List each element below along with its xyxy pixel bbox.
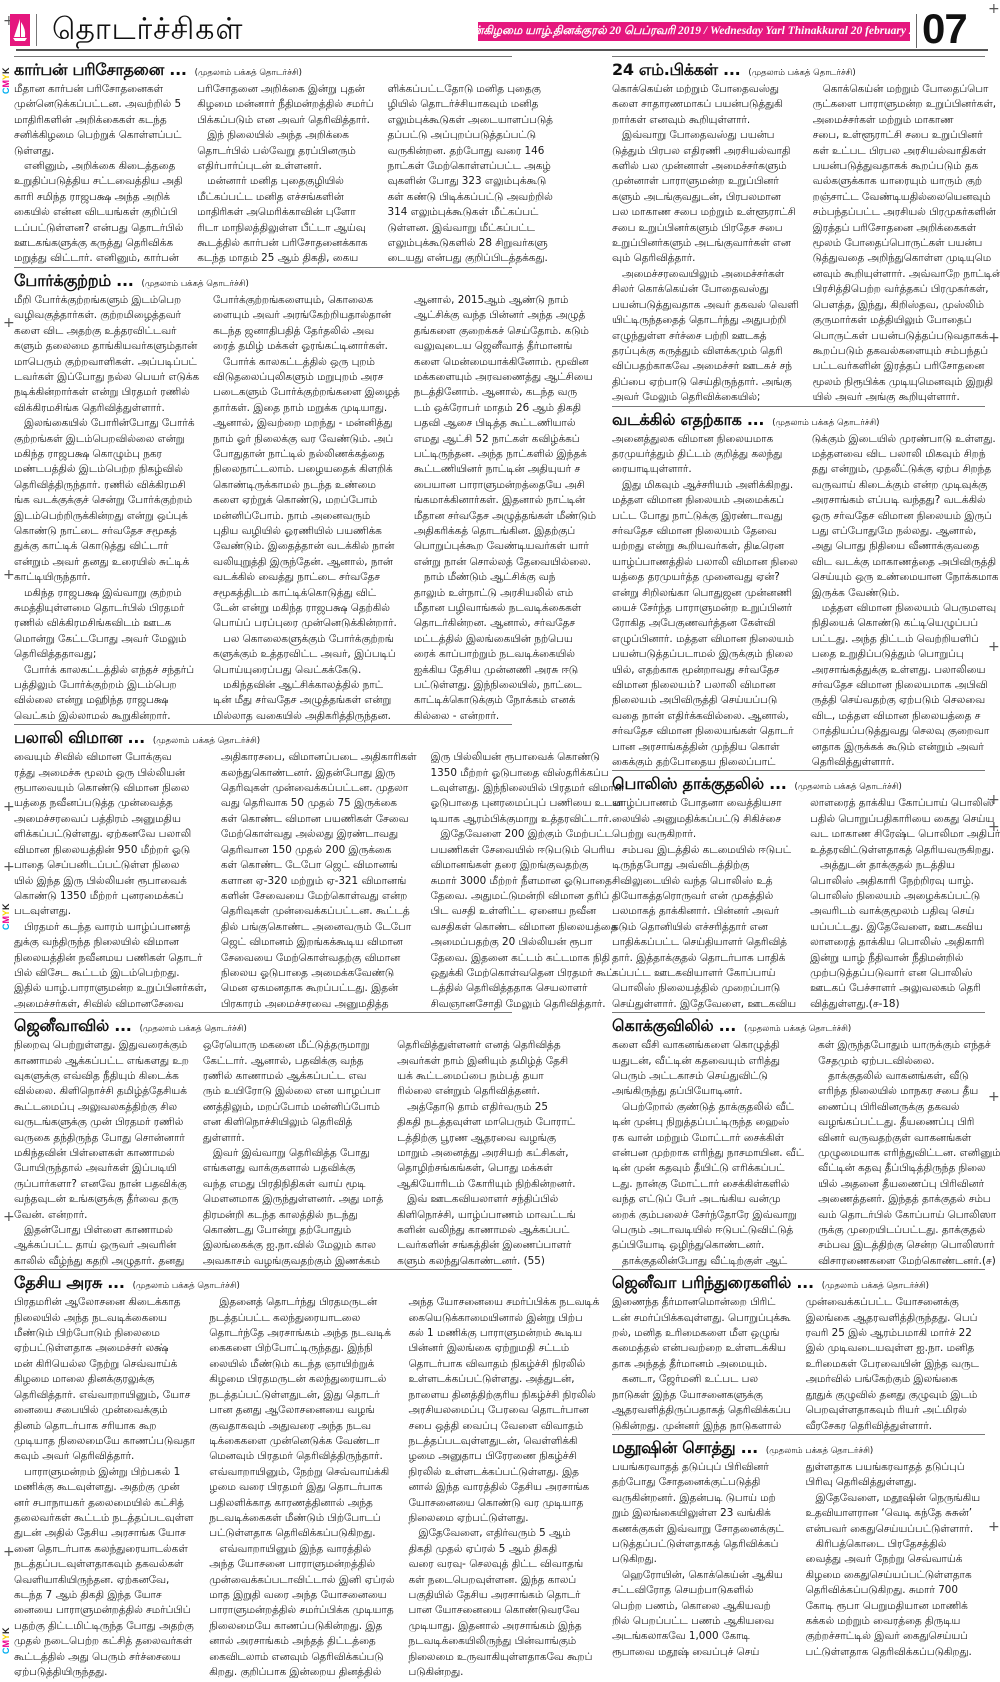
text-line: அமைச்சர்கள், சிவில் விமானசேவை xyxy=(14,997,207,1012)
text-line: மீதான பழிவாங்கல் நடவடிக்கைகள் xyxy=(414,601,596,616)
text-line: சம்பந்தப்பட்ட அரசியல் பிரமுகர்களின் xyxy=(813,205,1000,220)
text-line: ஒரு சர்வதேச விமான நிலையம் இருப் xyxy=(812,509,999,524)
text-line: றஞ்சாட்ட வேண்டியதில்லையெனவும் xyxy=(813,190,1000,205)
text-line: கள் கண்டு பிடிக்கப்பட்டு அவற்றில் xyxy=(387,190,552,205)
text-line: அது பொது நிதியை வீணாக்குவதை xyxy=(812,539,999,554)
text-line: பையான பாராளுமன்றத்தையே அசி xyxy=(414,478,596,493)
text-line: சிவஞானசோதி மேலும் தெரிவித்தார். xyxy=(431,997,624,1012)
text-line: கனடா, ஜேர்மனி உட்பட பல xyxy=(612,1372,792,1387)
text-line: கூட்டணியினர் நாட்டின் அதியுயர் ச xyxy=(414,462,596,477)
article-columns: மீறி போர்க்குற்றங்களும் இடம்பெறவழிவகுத்த… xyxy=(14,293,512,724)
text-line: மாபெரும் குற்றவாளிகள். அப்படிப்பட் xyxy=(14,355,199,370)
text-line: ருப்பார்களா? எனவே நான் பதவிக்கு xyxy=(14,1177,189,1192)
text-line: தார். இத்தாக்குதல் தொடர்பாக பாதிக் xyxy=(612,951,796,966)
text-line: தப்பட்டு அப்புறப்படுத்தப்பட்டு xyxy=(387,128,552,143)
text-line: டிருந்தபோது அவ்விடத்திற்கு xyxy=(612,858,796,873)
text-line: பிக்கப்படும் என அவர் தெரிவித்தார். xyxy=(197,113,373,128)
text-line: மீண்டும் பிற்போடும் நிலைமை xyxy=(14,1326,195,1341)
text-line: யற்றது என்று கூறியவர்கள், திடீரென xyxy=(612,539,798,554)
text-line: தரப்புக்கு கருத்தும் விளக்கமும் தெரி xyxy=(612,344,799,359)
continued-label: (முதலாம் பக்கத் தொடர்ச்சி) xyxy=(142,279,249,290)
text-line: வட மாகாண சிரேஷ்ட பொலிமா அதிபர் xyxy=(810,827,1000,842)
text-line: தற்போது சோதனைக்குட்படுத்தி xyxy=(612,1475,792,1490)
text-line: மன்னிப்போம். நாம் அனைவரும் xyxy=(213,509,400,524)
text-line: களான ஏ-320 மற்றும் ஏ-321 விமானங் xyxy=(221,874,417,889)
continued-label: (முதலாம் பக்கத் தொடர்ச்சி) xyxy=(195,68,302,79)
text-line: டன் சமர்ப்பிக்கவுள்ளது. பொறுப்புக்கூ xyxy=(612,1311,792,1326)
text-line: களும் அடங்குவதுடன், பிரபலமான xyxy=(612,190,799,205)
date-banner: புதன்கிழமை யாழ்.தினக்குரல் 20 பெப்ரவரி 2… xyxy=(478,22,910,41)
text-line: படுகின்றது. xyxy=(408,1665,599,1680)
headline-text: ஜெனீவாவில் ... xyxy=(14,1016,132,1037)
text-line: யாழ்ப்பாணம் போதனா வைத்தியசா xyxy=(612,796,796,811)
text-line: உறுப்பினர்களும் அடங்குவார்கள் என xyxy=(612,236,799,251)
text-line: வெட்கம் இல்லாமல் கூறுகின்றார். xyxy=(14,709,199,724)
text-line: ணத்திலும், மறப்போம் மன்னிப்போம் xyxy=(203,1100,383,1115)
text-line: டத்திற்கு பூரண ஆதரவை வழங்கு xyxy=(397,1131,576,1146)
text-line: சேதமும் ஏற்படவில்லை. xyxy=(818,1054,1000,1069)
text-line: தப்பியோடி ஒழிந்துகொண்டனர். xyxy=(612,1238,804,1253)
text-column: அனைத்துலக விமான நிலையமாகதரமுயர்த்தும் தி… xyxy=(612,432,798,771)
text-column: கொக்கெய்ன் மற்றும் போதைவஸ்துகளை சாதாரணமா… xyxy=(612,82,799,406)
text-line: பாதிக்கப்பட்ட செய்தியாளர் தெரிவித் xyxy=(612,935,796,950)
text-line: பிரதமர் கடந்த வாரம் யாழ்ப்பாணத் xyxy=(14,920,207,935)
text-line: பொய்ப் பரப்புரை முன்னெடுக்கின்றார். xyxy=(213,616,400,631)
article-divider xyxy=(14,267,512,268)
text-line: ரணில் விக்கிரமசிங்கவிடம் ஊடக xyxy=(14,616,199,631)
text-line: பெற்று வருகிறார். xyxy=(612,827,796,842)
text-line: எவ்வாறாயினும் இந்த வாரத்தில் xyxy=(209,1542,394,1557)
text-line: பட்டது. அந்த திட்டம் வெற்றியளிப் xyxy=(812,632,999,647)
text-line: ஆக்கப்பட்ட தாய் ஒருவர் அவரின் xyxy=(14,1238,189,1253)
text-column: ஒரேயொரு மகனை மீட்டுத்தருமாறுகேட்டார். ஆன… xyxy=(203,1038,383,1269)
text-line: ரோகித அபேகுணவர்த்தன கேள்வி xyxy=(612,616,798,631)
text-line: தாக்குதலில் வாகனங்கள், வீடு xyxy=(818,1069,1000,1084)
text-column: அந்த யோசனையை சமர்ப்பிக்க நடவடிக்கையெடுக்… xyxy=(408,1295,599,1680)
headline-text: பொலிஸ் தாக்குதலில் ... xyxy=(612,774,787,795)
text-line: வெளியாகியிருந்தன. ஏற்கனவே, xyxy=(14,1573,195,1588)
text-line: கல் 1 மணிக்கு பாராளுமன்றம் கூடிய xyxy=(408,1326,599,1341)
text-line: சிலர் கொக்கெய்ன் போதைவஸ்து xyxy=(612,282,799,297)
registration-mark-icon: + xyxy=(988,1520,1000,1534)
text-line: யதுடன், வீட்டின் கதவையும் எரித்து xyxy=(612,1054,804,1069)
text-line: டேன் என்று மகிந்த ராஜபக்ஷ தெற்கில் xyxy=(213,601,400,616)
text-line: களில் பல முன்னாள் அமைச்சர்களும் xyxy=(612,159,799,174)
text-line: கொண்டிருக்காமல் நடந்த உண்மை xyxy=(213,478,400,493)
text-line: கவும் அவர் தெரிவித்தார். xyxy=(14,1449,195,1464)
text-line: றல், மனித உரிமைகளை மீள ஒழுங் xyxy=(612,1326,792,1341)
article-divider xyxy=(612,1012,985,1013)
text-line: னையை பாராளுமன்றத்தில் சமர்ப்பிப் xyxy=(14,1603,195,1618)
text-line: பதை உறுதிப்படுத்தும் பொறுப்பு xyxy=(812,647,999,662)
text-line: எதிர்பார்ப்புடன் உள்ளனர். xyxy=(197,159,373,174)
text-line: இதன்போது பிள்ளை காணாமல் xyxy=(14,1223,189,1238)
text-line: ரூபாவை மதூஷ் வைப்புச் செய் xyxy=(612,1645,792,1660)
text-line: லையில் மீண்டும் கடந்த ஞாயிற்றுக் xyxy=(209,1357,394,1372)
text-line: துக்கு காட்டிக் கொடுத்து விட்டார் xyxy=(14,539,199,554)
text-line: குருமார்கள் மத்தியிலும் போதைப் xyxy=(813,313,1000,328)
text-line: சபை உறுப்பினர்களும் பிரதேச சபை xyxy=(612,221,799,236)
text-line: ஒரேயொரு மகனை மீட்டுத்தருமாறு xyxy=(203,1038,383,1053)
text-line: அவர் மேலும் தெரிவிக்கையில்; xyxy=(612,390,799,405)
text-line: ஏற்பட்டுள்ளதாக அமைச்சர் லக்ஷ் xyxy=(14,1341,195,1356)
text-line: ரிடா மாநிலத்திலுள்ள பீட்டா ஆய்வு xyxy=(197,221,373,236)
text-line: சுமத்தியுள்ளமை தொடர்பில் பிரதமர் xyxy=(14,601,199,616)
text-line: வீட்டின் கதவு தீப்பிடித்திருந்த நிலை xyxy=(818,1161,1000,1176)
article: வடக்கில் எதற்காக ...(முதலாம் பக்கத் தொடர… xyxy=(612,406,985,771)
text-line: தெரிவித்துள்ளார். xyxy=(812,755,999,770)
text-line: ஆகியோரிடம் கோரியும் நிற்கின்றனர். xyxy=(397,1177,576,1192)
page-number-divider xyxy=(916,14,917,48)
text-line: படுத்தப்பட்டுள்ளதாகத் தெரிவிக்கப் xyxy=(612,1537,792,1552)
continued-label: (முதலாம் பக்கத் தொடர்ச்சி) xyxy=(772,418,879,429)
text-line: னதாக இருக்கக் கூடும் என்றும் அவர் xyxy=(812,740,999,755)
text-line: றார்கள் எனவும் கூறியுள்ளார். xyxy=(612,113,799,128)
text-line: படுகிறது. xyxy=(612,1552,792,1567)
registration-mark-icon: + xyxy=(988,2,1000,16)
continued-label: (முதலாம் பக்கத் தொடர்ச்சி) xyxy=(795,782,902,793)
text-line: வருகின்றன. தற்போது வரை 146 xyxy=(387,144,552,159)
text-line: என்று சிறிலங்கா பொதுஜன முன்னணி xyxy=(612,586,798,601)
text-line: உரிமைகள் பேரவையின் இந்த வருட xyxy=(806,1357,986,1372)
cmyk-color-bar: CMYK xyxy=(2,1612,12,1654)
text-line: முன்வைக்கப்பட்ட யோசனைக்கு xyxy=(806,1295,986,1310)
text-line: கள் கொண்ட டேபோ ஜெட் விமானங் xyxy=(221,858,417,873)
text-line: தது என்றும், முதலீட்டுக்கு ஏற்ப சிறந்த xyxy=(812,462,999,477)
text-line: தங்களை குறைக்கச் செய்தோம். கடும் xyxy=(414,324,596,339)
text-line: ஆனால், இவற்றை மறந்து - மன்னித்து xyxy=(213,416,400,431)
text-column: ளிக்கப்பட்டதோடு மனித புதைகுழியில் தொடர்ச… xyxy=(387,82,552,267)
text-line: வது தெரிவாக 50 முதல் 75 இருக்கை xyxy=(221,796,417,811)
text-line: நிறைவு பெற்றுள்ளது. இதுவரைக்கும் xyxy=(14,1038,189,1053)
text-line: டவர்கள் இப்போது நல்ல பெயர் எடுக்க xyxy=(14,370,199,385)
text-line: மகிந்த ராஜபக்ஷ இவ்வாறு குற்றம் xyxy=(14,586,199,601)
text-line: நடத்தப்பட்ட கலந்துரையாடலை xyxy=(209,1311,394,1326)
article-headline: மதூஷின் சொத்து ...(முதலாம் பக்கத் தொடர்ச… xyxy=(612,1438,985,1460)
text-line: வம் தொடர்பில் கோப்பாய் பொலிஸா xyxy=(818,1208,1000,1223)
text-line: ஏற்படுத்தியிருந்தது. xyxy=(14,1665,195,1680)
text-line: பட்டுள்ளதாக தெரிவிக்கப்படுகிறது. xyxy=(806,1645,986,1660)
text-line: பதவி ஆசை பிடித்த கூட்டணியால் xyxy=(414,416,596,431)
text-line: வந்த எமது பிரதிநிதிகள் வாய் மூடி xyxy=(203,1177,383,1192)
text-line: எனினும், அறிக்கை கிடைத்ததை xyxy=(14,159,183,174)
text-line: டின் முன்பு நிறுத்தப்பட்டிருந்த ஹைஸ் xyxy=(612,1115,804,1130)
article: 24 எம்.பிக்கள் ...(முதலாம் பக்கத் தொடர்ச… xyxy=(612,56,985,406)
text-line: நடத்தப்படவுள்ளதாகவும் தகவல்கள் xyxy=(14,1557,195,1572)
text-line: ளையும் அவர் அரங்கேற்றியதால்தான் xyxy=(213,308,400,323)
text-line: பெரும் அடாவடியில் ஈடுபட்டுவிட்டுத் xyxy=(612,1223,804,1238)
article: கார்பன் பரிசோதனை ...(முதலாம் பக்கத் தொடர… xyxy=(14,56,512,267)
text-line: டம் ஒக்ரோபர் மாதம் 26 ஆம் திகதி xyxy=(414,401,596,416)
text-column: நிறைவு பெற்றுள்ளது. இதுவரைக்கும்காணாமல் … xyxy=(14,1038,189,1269)
text-line: ரைக் காப்பாற்றும் நடவடிக்கையில் xyxy=(414,647,596,662)
text-line: விமானங்கள் தரை இறங்குவதற்கு xyxy=(431,858,624,873)
text-line: கூறப்படும் தகவல்களையும் சம்பந்தப் xyxy=(813,344,1000,359)
text-line: னை தொடர்பாக கலந்துரையாடல்கள் xyxy=(14,1542,195,1557)
text-line: அத்துடன் தாக்குதல் நடத்திய xyxy=(810,858,1000,873)
text-line: பிரசித்திபெற்ற வர்த்தகப் பிரமுகர்கள், xyxy=(813,282,1000,297)
text-line: லாளரைத் தாக்கிய கோப்பாய் பொலிஸ் xyxy=(810,796,1000,811)
continued-label: (முதலாம் பக்கத் தொடர்ச்சி) xyxy=(744,1024,851,1035)
text-line: அரசாங்கத்துக்கு உள்ளது. பலாலியை xyxy=(812,663,999,678)
text-line: பயன்படுத்தப்படாமல் இருக்கும் நிலை xyxy=(612,647,798,662)
text-line: காலில் வீழ்ந்து கதறி அழுதார். தனது xyxy=(14,1254,189,1269)
text-line: டுத்தும் பிரபல எதிரணி அரசியல்வாதி xyxy=(612,144,799,159)
text-line: வில்லை. கிளிநொச்சி தமிழ்த்தேசியக் xyxy=(14,1084,189,1099)
text-line: கிழமை பிரதமருடன் கலந்துரையாடல் xyxy=(209,1372,394,1387)
text-line: மணிக்கு கூடவுள்ளது. அதற்கு முன் xyxy=(14,1480,195,1495)
text-line: ரையாடியுள்ளார். xyxy=(612,462,798,477)
text-line: மென ஏகமனதாக கூறப்பட்டது. இதன் xyxy=(221,981,417,996)
text-line: இது மிகவும் ஆச்சரியம் அளிக்கிறது. xyxy=(612,478,798,493)
text-line: அமர்வில் பங்கேற்கும் இலங்கை xyxy=(806,1372,986,1387)
article: மதூஷின் சொத்து ...(முதலாம் பக்கத் தொடர்ச… xyxy=(612,1434,985,1660)
text-line: வில்லை என்று மஹிந்த ராஜபக்ஷ xyxy=(14,693,199,708)
text-line: தினம் தொடர்பாக சரியாக கூற xyxy=(14,1419,195,1434)
registration-mark-icon: + xyxy=(3,1210,15,1224)
text-column: முன்வைக்கப்பட்ட யோசனைக்குஇலங்கை ஆதரவளித்… xyxy=(806,1295,986,1434)
page-number: 07 xyxy=(922,6,967,52)
text-line: வந்தவுடன் உங்களுக்கு தீர்வை தரு xyxy=(14,1192,189,1207)
text-line: கடந்த ஜனாதிபதித் தேர்தலில் அவ xyxy=(213,324,400,339)
right-column-group: 24 எம்.பிக்கள் ...(முதலாம் பக்கத் தொடர்ச… xyxy=(612,56,985,1660)
text-line: ழியில் தொடர்ச்சியாகவும் மனித xyxy=(387,97,552,112)
text-line: ஹெரோயின், கொக்கெய்ன் ஆகிய xyxy=(612,1568,792,1583)
text-line: கொக்கெய்ன் மற்றும் போதைப்பொ xyxy=(813,82,1000,97)
text-line: பில் விசேட கூட்டம் இடம்பெற்றது. xyxy=(14,966,207,981)
text-line: ரணில் காணாமல் ஆக்கப்பட்ட எவ xyxy=(203,1069,383,1084)
text-line: சபை ஒத்தி வைப்பு வேளை விவாதம் xyxy=(408,1419,599,1434)
text-column: துள்ளதாக பயங்கரவாதத் தடுப்புப்பிரிவு தெர… xyxy=(806,1460,986,1660)
text-line: பட்டுள்ளதாக தெரிவிக்கப்படுகிறது. xyxy=(209,1526,394,1541)
text-line: அந்த யோசனை பாராளுமன்றத்தில் xyxy=(209,1557,394,1572)
text-line: இலங்கை ஆதரவளித்திருந்தது. பெப் xyxy=(806,1311,986,1326)
text-line: லாளரைத் தாக்கிய பொலிஸ் அதிகாரி xyxy=(810,935,1000,950)
text-line: நிலைய ஓடுபாதை அமைக்கவேண்டு xyxy=(221,966,417,981)
text-line: பான தனது ஆலோசனையை வழங் xyxy=(209,1403,394,1418)
text-line: ருத்தி செய்வதற்கு ஏற்படும் செலவை xyxy=(812,693,999,708)
article-headline: ஜெனீவாவில் ...(முதலாம் பக்கத் தொடர்ச்சி) xyxy=(14,1016,512,1038)
text-line: வலுவுடைய ஜெனீவாத் தீர்மானங் xyxy=(414,339,596,354)
text-line: இந் நிலையில் அந்த அறிக்கை xyxy=(197,128,373,143)
text-line: மக்களையும் அரவணைத்து ஆட்சியை xyxy=(414,370,596,385)
text-line: இதனைத் தொடர்ந்து பிரதமருடன் xyxy=(209,1295,394,1310)
article: ஜெனீவாவில் ...(முதலாம் பக்கத் தொடர்ச்சி)… xyxy=(14,1012,512,1269)
text-line: விக்கிரமசிங்க தெரிவித்துள்ளார். xyxy=(14,401,199,416)
text-line: ங்க வடக்குக்குச் சென்று போர்க்குற்றம் xyxy=(14,493,199,508)
text-line: களுக்கும் உத்தரவிட்ட அவர், இப்படிப் xyxy=(213,647,400,662)
text-column: ஆனால், 2015ஆம் ஆண்டு நாம்ஆட்சிக்கு வந்த … xyxy=(414,293,596,724)
text-line: அவர்கள் நாம் இனியும் தமிழ்த் தேசி xyxy=(397,1054,576,1069)
text-line: இதேவேளை 200 இற்கும் மேற்பட்ட xyxy=(431,827,624,842)
text-line: தேவை. அதுமட்டுமன்றி விமான தரிப் xyxy=(431,889,624,904)
text-line: பிரகாரம் அமைச்சரவை அனுமதித்த xyxy=(221,997,417,1012)
text-line: தொடர்கின்றன. ஆனால், சர்வதேச xyxy=(414,616,596,631)
text-line: வேன். என்றார். xyxy=(14,1208,189,1223)
text-line: பதிலளிக்காத காரணத்தினால் அந்த xyxy=(209,1496,394,1511)
continued-label: (முதலாம் பக்கத் தொடர்ச்சி) xyxy=(822,1281,929,1292)
text-line: சர்வதேச விமான நிலையம் தேவை xyxy=(612,524,798,539)
text-line: மகிந்த ராஜபக்ஷ கொழும்பு நகர xyxy=(14,447,199,462)
article-columns: களை வீசி வாகனங்களை கொழுத்தியதுடன், வீட்ட… xyxy=(612,1038,985,1269)
text-line: ஊடகப் பேச்சாளர் அலுவலகம் தெரி xyxy=(810,981,1000,996)
text-line: இதேவேளை, எதிர்வரும் 5 ஆம் xyxy=(408,1526,599,1541)
text-line: கைகளை பிற்போட்டிருந்தது. இந்நி xyxy=(209,1341,394,1356)
text-line: அமைச்சர்கள் மற்றும் மாகாண xyxy=(813,113,1000,128)
text-line: விசாரணைகளை மேற்கொண்டனர்.(ச) xyxy=(818,1254,1000,1269)
text-line: படவுள்ளது. xyxy=(14,904,207,919)
text-line: இவ்வாறு போதைவஸ்து பயன்ப xyxy=(612,128,799,143)
text-line: பொய்யுரைப்பது வெட்கக்கேடு. xyxy=(213,663,400,678)
text-line: தாக்குதலின்போது வீட்டிற்குள் ஆட் xyxy=(612,1254,804,1269)
text-line: முடியாத நிலைமையே காணப்படுவதா xyxy=(14,1434,195,1449)
text-line: டின் மீது சர்வதேச அழுத்தங்கள் என்று xyxy=(213,693,400,708)
text-line: எலும்புக்கூடுகளில் 28 சிறுவர்களு xyxy=(387,236,552,251)
text-line: தலைவர்கள் கூட்டம் நடத்தப்படவுள்ள xyxy=(14,1511,195,1526)
text-line: ஜெட் விமானம் இறங்கக்கூடிய விமான xyxy=(221,935,417,950)
text-line: மத்தள விமான நிலையம் பெருமளவு xyxy=(812,601,999,616)
text-line: உறுதிப்படுத்திய சட்டவைத்திய அதி xyxy=(14,174,183,189)
registration-mark-icon: + xyxy=(3,1545,15,1559)
text-column: பிரதமரின் ஆலோசனை கிடைக்காதநிலையில் அந்த … xyxy=(14,1295,195,1680)
text-line: பயணிகள் சேவையில் ஈடுபடும் பெரிய xyxy=(431,843,624,858)
text-line: கலந்துகொண்டனர். இதன்போது இரு xyxy=(221,766,417,781)
text-line: சம்பவ இடத்திற்கு சென்ற பொலிஸார் xyxy=(818,1238,1000,1253)
headline-text: போர்க்குற்றம் ... xyxy=(14,271,134,292)
article-columns: மீதான கார்பன் பரிசோதனைகள்முன்னெடுக்கப்பட… xyxy=(14,82,512,267)
text-line: மீதான கார்பன் பரிசோதனைகள் xyxy=(14,82,183,97)
text-line: இதேவேளை, மதூஷின் நெருங்கிய xyxy=(806,1491,986,1506)
text-line: பல கொலைகளுக்கும் போர்க்குற்றங் xyxy=(213,632,400,647)
text-line: எவ்வாறாயினும், நேற்று செவ்வாய்க்கி xyxy=(209,1465,394,1480)
text-line: ங்கமாக்கினார்கள். இதனால் நாட்டின் xyxy=(414,493,596,508)
text-line: பின்னர் இலங்கை ஏற்றுமதி சட்டம் xyxy=(408,1341,599,1356)
text-line: ளிக்கப்பட்டதோடு மனித புதைகு xyxy=(387,82,552,97)
text-line: நடிக்கின்றார்கள் என்று பிரதமர் ரணில் xyxy=(14,385,199,400)
text-line: குற்றங்கள் இடம்பெறவில்லை என்று xyxy=(14,432,199,447)
text-line: காணாமல் ஆக்கப்பட்ட எங்களது உற xyxy=(14,1054,189,1069)
text-line: டவுள்ளது. இந்நிலையில் பிரதமர் விமான xyxy=(431,781,624,796)
text-line: வருகை தந்திருந்த போது சொன்னார் xyxy=(14,1131,189,1146)
headline-text: மதூஷின் சொத்து ... xyxy=(612,1438,758,1459)
text-line: கப்பட்ட ஊடகவியாளர் கோப்பாய் xyxy=(612,966,796,981)
text-line: வையும் சிவில் விமான போக்குவ xyxy=(14,750,207,765)
headline-text: வடக்கில் எதற்காக ... xyxy=(612,410,764,431)
text-line: உத்தரவிட்டுள்ளதாகத் தெரியவருகிறது. xyxy=(810,843,1000,858)
text-line: சம்பவ இடத்தில் கடமையில் ஈடுபட் xyxy=(612,843,796,858)
text-line: பலமாகத் தாக்கினார். பின்னர் அவர் xyxy=(612,904,796,919)
text-line: மேற்கொள்வது அல்லது இரண்டாவது xyxy=(221,827,417,842)
text-line: நிலையத்தின் நவீனமய பணிகள் தொடர் xyxy=(14,951,207,966)
article-columns: பிரதமரின் ஆலோசனை கிடைக்காதநிலையில் அந்த … xyxy=(14,1295,512,1680)
text-line: கிரிபத்கொடை பிரதேசத்தில் xyxy=(806,1537,986,1552)
text-line: கிளிநொச்சி, யாழ்ப்பாணம் மாவட்டங் xyxy=(397,1208,576,1223)
text-column: களை வீசி வாகனங்களை கொழுத்தியதுடன், வீட்ட… xyxy=(612,1038,804,1269)
text-line: வருடங்களுக்கு முன் பிரதமர் ரணில் xyxy=(14,1115,189,1130)
text-line: பட்ட போது நாட்டுக்கு இரண்டாவது xyxy=(612,509,798,524)
text-line: கணக்குகள் இவ்வாறு சோதனைக்குட் xyxy=(612,1522,792,1537)
text-line: ஓடுபாதை புனரமைப்புப் பணியை உடன xyxy=(431,796,624,811)
text-line: மூலம் நிரூபிக்க முடியுமெனவும் இறுதி xyxy=(813,375,1000,390)
text-line: மீறி போர்க்குற்றங்களும் இடம்பெற xyxy=(14,293,199,308)
text-line: நடவடிக்கையிலிருந்து பின்வாங்கும் xyxy=(408,1634,599,1649)
text-line: என்பன முற்றாக எரிந்து நாசமாயின. வீட் xyxy=(612,1146,804,1161)
masthead: + தொடர்ச்சிகள் புதன்கிழமை யாழ்.தினக்குரல… xyxy=(0,0,1000,52)
text-line: கைவிடலாம் எனவும் தெரிவிக்கப்படு xyxy=(209,1650,394,1665)
article-divider xyxy=(14,724,512,725)
article-columns: கொக்கெய்ன் மற்றும் போதைவஸ்துகளை சாதாரணமா… xyxy=(612,82,985,406)
text-line: இவ் ஊடகவியலாளர் சந்திப்பில் xyxy=(397,1192,576,1207)
text-line: நடத்தினோம். ஆனால், கடந்த வரு xyxy=(414,385,596,400)
text-line: பகுதியில் தேசிய அரசாங்கம் தொடர் xyxy=(408,1588,599,1603)
article: கொக்குவிலில் ...(முதலாம் பக்கத் தொடர்ச்ச… xyxy=(612,1012,985,1269)
text-line: இலங்கைக்கு ஐ.நா.வில் மேலும் கால xyxy=(203,1238,383,1253)
text-line: ஊடகங்களுக்கு கருத்து தெரிவிக்க xyxy=(14,236,183,251)
registration-mark-icon: + xyxy=(3,568,15,582)
text-line: கள் உட்பட பிரபல அரசியல்வாதிகள் xyxy=(813,144,1000,159)
text-column: இணைந்த தீர்மானமொன்றை பிரிட்டன் சமர்ப்பிக… xyxy=(612,1295,792,1434)
continued-label: (முதலாம் பக்கத் தொடர்ச்சி) xyxy=(140,1024,247,1035)
cmyk-color-bar: CMYK xyxy=(2,52,12,94)
article: பலாலி விமான ...(முதலாம் பக்கத் தொடர்ச்சி… xyxy=(14,724,512,1012)
text-line: வல்களுக்காக யாரையும் யாரும் குற் xyxy=(813,174,1000,189)
text-line: னர் சபாநாயகர் தலைமையில் கட்சித் xyxy=(14,1496,195,1511)
sailboat-icon xyxy=(12,17,28,43)
text-line: வுகளின் போது 323 எலும்புக்கூடு xyxy=(387,174,552,189)
text-line: வேண்டும். இதைத்தான் வடக்கில் நான் xyxy=(213,539,400,554)
continued-label: (முதலாம் பக்கத் தொடர்ச்சி) xyxy=(748,68,855,79)
text-line: விமான நிலையம்? பலாலி விமான xyxy=(612,678,798,693)
text-line: பல மாகாண சபை மற்றும் உள்ளூராட்சி xyxy=(612,205,799,220)
headline-text: பலாலி விமான ... xyxy=(14,728,145,749)
text-line: மன்னார் மனித புதைகுழியில் xyxy=(197,174,373,189)
text-line: மில்லாத வகையில் அதிகரித்திருந்தன. xyxy=(213,709,400,724)
text-line: இல் முடிவடையவுள்ள ஐ.நா. மனித xyxy=(806,1341,986,1356)
text-column: இரு பில்லியன் ரூபாவைக் கொண்டு1350 மீற்றர… xyxy=(431,750,624,1012)
text-line: கள் கொண்ட விமான பயணிகள் சேவை xyxy=(221,812,417,827)
article-divider xyxy=(612,770,985,771)
text-line: படைகளும் போர்க்குற்றங்களை இழைத் xyxy=(213,385,400,400)
text-line: பெரும் அட்டகாசம் செய்துவிட்டு xyxy=(612,1069,804,1084)
text-line: கையெடுக்காமையினால் இன்று பிற்ப xyxy=(408,1311,599,1326)
text-line: வடக்கில் வைத்து நாட்டை சர்வதேச xyxy=(213,570,400,585)
article: ஜெனீவா பரிந்துரைகளில் ...(முதலாம் பக்கத்… xyxy=(612,1269,985,1434)
article-headline: கொக்குவிலில் ...(முதலாம் பக்கத் தொடர்ச்ச… xyxy=(612,1016,985,1038)
text-column: கள் இருந்தபோதும் யாருக்கும் எந்தச்சேதமும… xyxy=(818,1038,1000,1269)
text-line: முடியாது. இதனால் அரசாங்கம் இந்த xyxy=(408,1619,599,1634)
text-line: ஒதுக்கி மேற்கொள்வதென பிரதமர் கூட் xyxy=(431,966,624,981)
text-line: ருட்களை பாராளுமன்ற உறுப்பினர்கள், xyxy=(813,97,1000,112)
headline-text: தேசிய அரசு ... xyxy=(14,1273,125,1294)
text-line: ரூபாவையும் கொண்டு விமான நிலை xyxy=(14,781,207,796)
text-column: லாளரைத் தாக்கிய கோப்பாய் பொலிஸ்பதில் பொற… xyxy=(810,796,1000,1012)
article-headline: போர்க்குற்றம் ...(முதலாம் பக்கத் தொடர்ச்… xyxy=(14,271,512,293)
text-line: தார்கள். இதை நாம் மறுக்க முடியாது. xyxy=(213,401,400,416)
text-line: தொடர்ந்தே அரசாங்கம் அந்த நடவடிக் xyxy=(209,1326,394,1341)
text-column: தெரிவித்துள்ளனர் எனத் தெரிவித்தஅவர்கள் ந… xyxy=(397,1038,576,1269)
text-line: நிலைநாட்டலாம். பழையதைக் கிளறிக் xyxy=(213,462,400,477)
text-line: டியாக ஆரம்பிக்குமாறு உத்தரவிட்டார். xyxy=(431,812,624,827)
article-divider xyxy=(14,1269,512,1270)
article-headline: ஜெனீவா பரிந்துரைகளில் ...(முதலாம் பக்கத்… xyxy=(612,1273,985,1295)
article-divider xyxy=(612,406,985,407)
text-line: றும் இலங்கையிலுள்ள 23 வங்கிக் xyxy=(612,1506,792,1521)
text-line: பிரிவு தெரிவித்துள்ளது. xyxy=(806,1475,986,1490)
text-line: றில் பெறப்பட்ட பணம் ஆகியவை xyxy=(612,1614,792,1629)
text-line: வீரசேகர தெரிவித்துள்ளார். xyxy=(806,1419,986,1434)
text-line: டத்தில் தெரிவித்ததாக செயலாளர் xyxy=(431,981,624,996)
text-line: தெரிவான 150 முதல் 200 இருக்கை xyxy=(221,843,417,858)
